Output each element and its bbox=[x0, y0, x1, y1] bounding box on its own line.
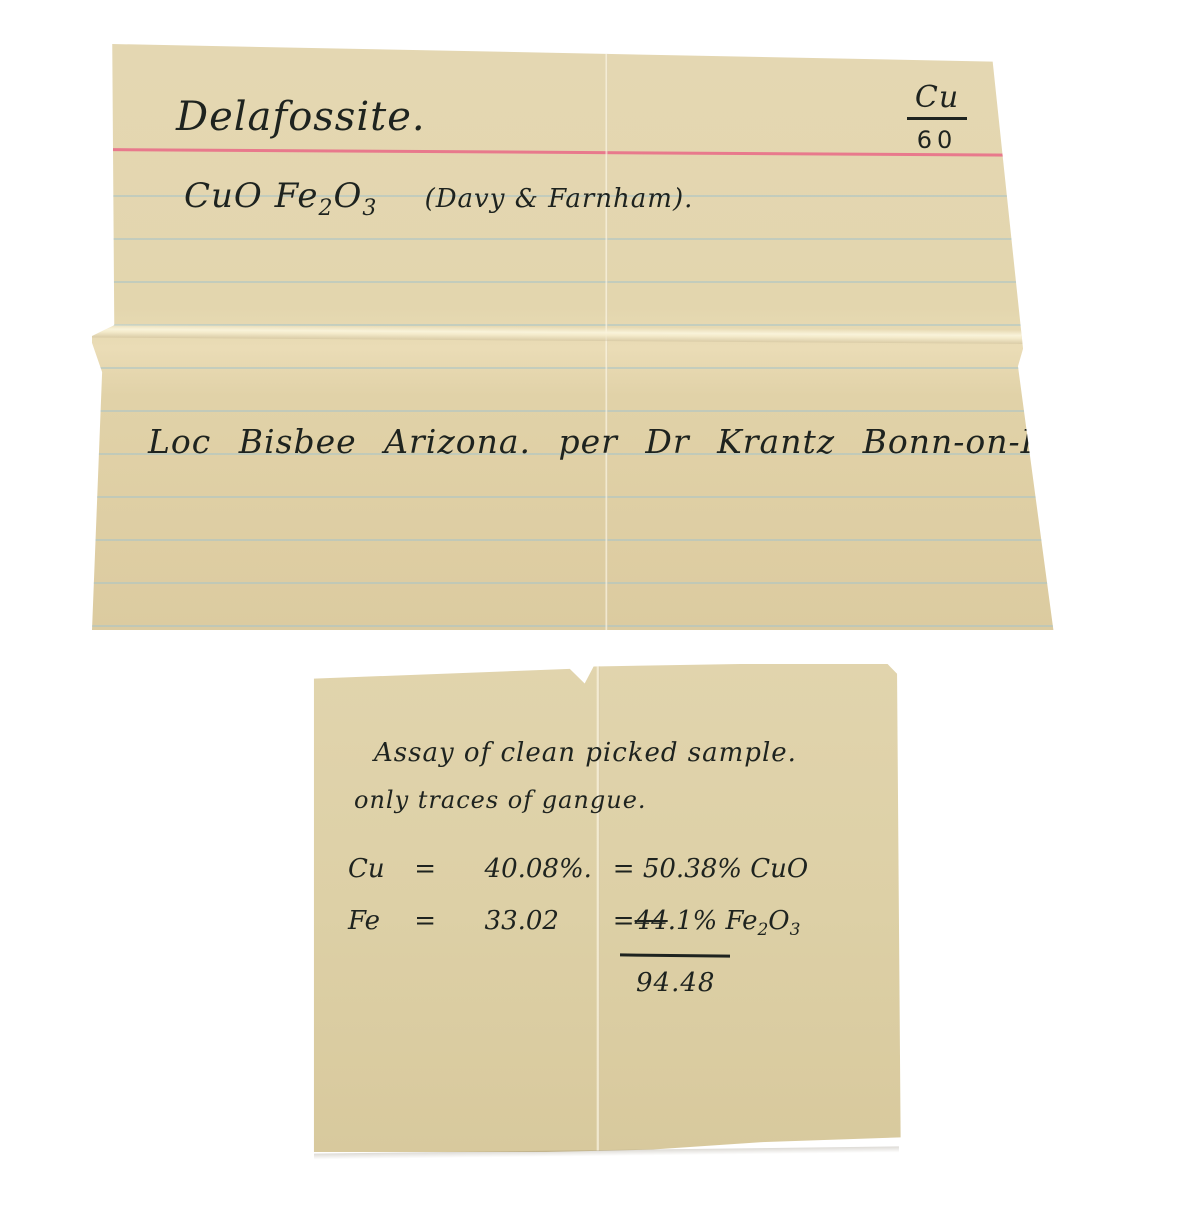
assay-row-fe: Fe = 33.02 =44.1% Fe2O3 bbox=[348, 906, 800, 940]
specimen-label-card: Delafossite. Cu 60 CuO Fe2O3 (Davy & Far… bbox=[92, 44, 1104, 630]
horizontal-fold-tear bbox=[92, 323, 1104, 344]
assay-total: 94.48 bbox=[636, 968, 715, 998]
formula-part: O bbox=[333, 176, 362, 216]
formula-source: (Davy & Farnham). bbox=[425, 184, 694, 214]
assay-description: Assay of clean picked sample. bbox=[374, 738, 797, 768]
assay-value: 40.08%. bbox=[485, 854, 605, 884]
mineral-name: Delafossite. bbox=[176, 94, 426, 140]
classification-index: 60 bbox=[907, 117, 967, 154]
assay-note: only traces of gangue. bbox=[354, 786, 647, 814]
locality-text: Loc Bisbee Arizona. per Dr Krantz Bonn-o… bbox=[148, 422, 1123, 461]
assay-converted: = 50.38% CuO bbox=[613, 854, 808, 884]
oxide-subscript: 3 bbox=[790, 920, 801, 940]
assay-value: 33.02 bbox=[485, 906, 605, 936]
oxide-subscript: 2 bbox=[757, 920, 768, 940]
assay-converted-rest: .1% Fe bbox=[668, 906, 758, 936]
assay-element: Fe bbox=[348, 906, 406, 936]
classification-number: Cu 60 bbox=[907, 80, 967, 154]
chemical-formula: CuO Fe2O3 (Davy & Farnham). bbox=[184, 176, 693, 221]
assay-row-cu: Cu = 40.08%. = 50.38% CuO bbox=[348, 854, 808, 884]
oxide-symbol: O bbox=[768, 906, 789, 936]
assay-equals: = bbox=[414, 854, 476, 884]
assay-element: Cu bbox=[348, 854, 406, 884]
formula-subscript: 3 bbox=[362, 196, 377, 221]
assay-equals: = bbox=[414, 906, 476, 936]
sum-underline bbox=[620, 953, 730, 957]
assay-struck-value: 44 bbox=[635, 906, 668, 936]
formula-subscript: 2 bbox=[318, 196, 333, 221]
assay-converted-prefix: = bbox=[613, 906, 635, 936]
classification-element: Cu bbox=[915, 80, 959, 115]
assay-slip-card: Assay of clean picked sample. only trace… bbox=[308, 664, 903, 1152]
formula-part: CuO Fe bbox=[184, 176, 318, 216]
